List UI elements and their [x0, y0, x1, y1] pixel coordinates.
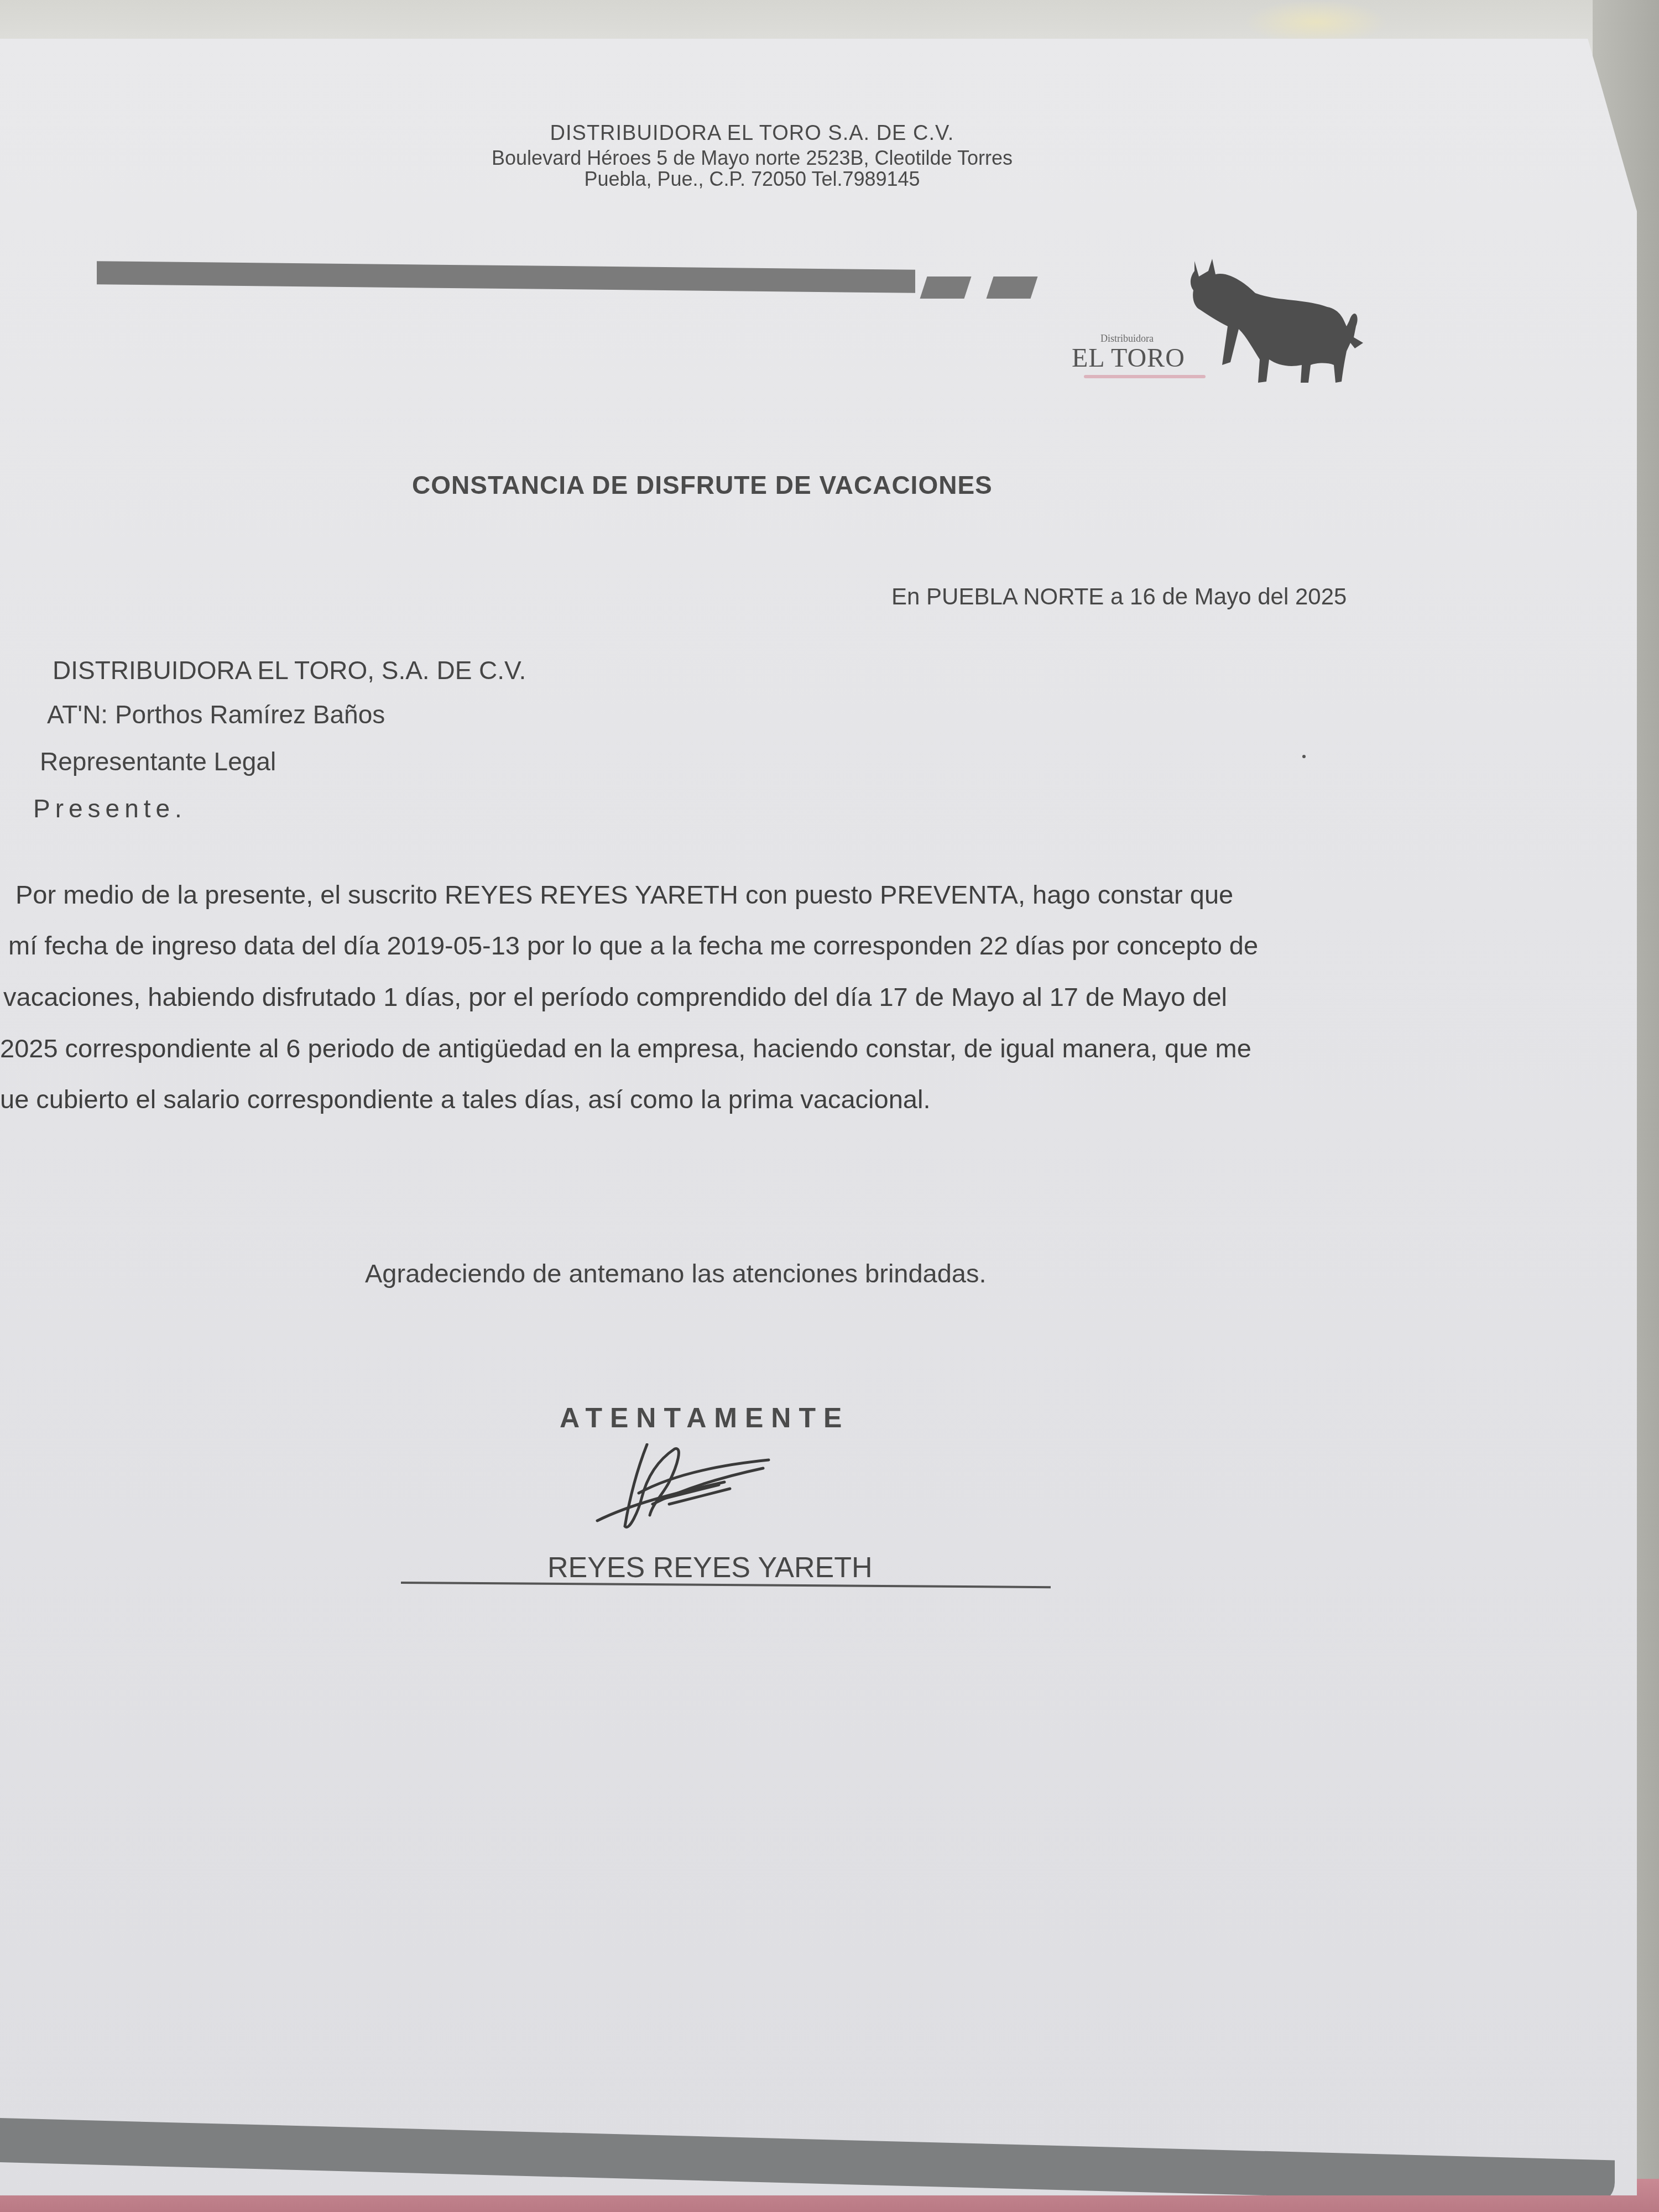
logo-main-text: EL TORO [1072, 343, 1185, 373]
body-paragraph-line: 2025 correspondiente al 6 periodo de ant… [0, 1033, 1251, 1063]
company-address-line-2: Puebla, Pue., C.P. 72050 Tel.7989145 [420, 169, 1084, 190]
letterhead: DISTRIBUIDORA EL TORO S.A. DE C.V. Boule… [420, 122, 1084, 190]
header-bar-segment [987, 276, 1038, 299]
addressee-attention: AT'N: Porthos Ramírez Baños [47, 700, 385, 729]
body-paragraph-line: mí fecha de ingreso data del día 2019-05… [8, 930, 1258, 961]
document-title: CONSTANCIA DE DISFRUTE DE VACACIONES [412, 470, 993, 500]
body-paragraph-line: ue cubierto el salario correspondiente a… [0, 1084, 930, 1114]
addressee-company: DISTRIBUIDORA EL TORO, S.A. DE C.V. [53, 655, 526, 685]
paper-speck [1302, 755, 1306, 758]
company-name: DISTRIBUIDORA EL TORO S.A. DE C.V. [420, 122, 1084, 145]
background-light-glare [1244, 0, 1388, 44]
addressee-greeting: Presente. [33, 794, 187, 823]
header-decorative-bar [97, 261, 915, 293]
addressee-role: Representante Legal [40, 747, 276, 776]
signer-name: REYES REYES YARETH [547, 1551, 873, 1584]
company-address-line-1: Boulevard Héroes 5 de Mayo norte 2523B, … [420, 148, 1084, 169]
signature-icon [586, 1443, 796, 1537]
bull-icon [1178, 254, 1366, 387]
header-bar-segment [920, 276, 972, 299]
place-and-date: En PUEBLA NORTE a 16 de Mayo del 2025 [891, 583, 1347, 610]
closing-sentence: Agradeciendo de antemano las atenciones … [365, 1258, 987, 1288]
document-page: DISTRIBUIDORA EL TORO S.A. DE C.V. Boule… [0, 39, 1637, 2195]
body-paragraph-line: vacaciones, habiendo disfrutado 1 días, … [3, 982, 1227, 1012]
signature-heading: ATENTAMENTE [560, 1402, 849, 1434]
company-logo: Distribuidora EL TORO [1067, 254, 1366, 387]
footer-decorative-bar [0, 2118, 1615, 2204]
body-paragraph-line: Por medio de la presente, el suscrito RE… [15, 879, 1233, 910]
